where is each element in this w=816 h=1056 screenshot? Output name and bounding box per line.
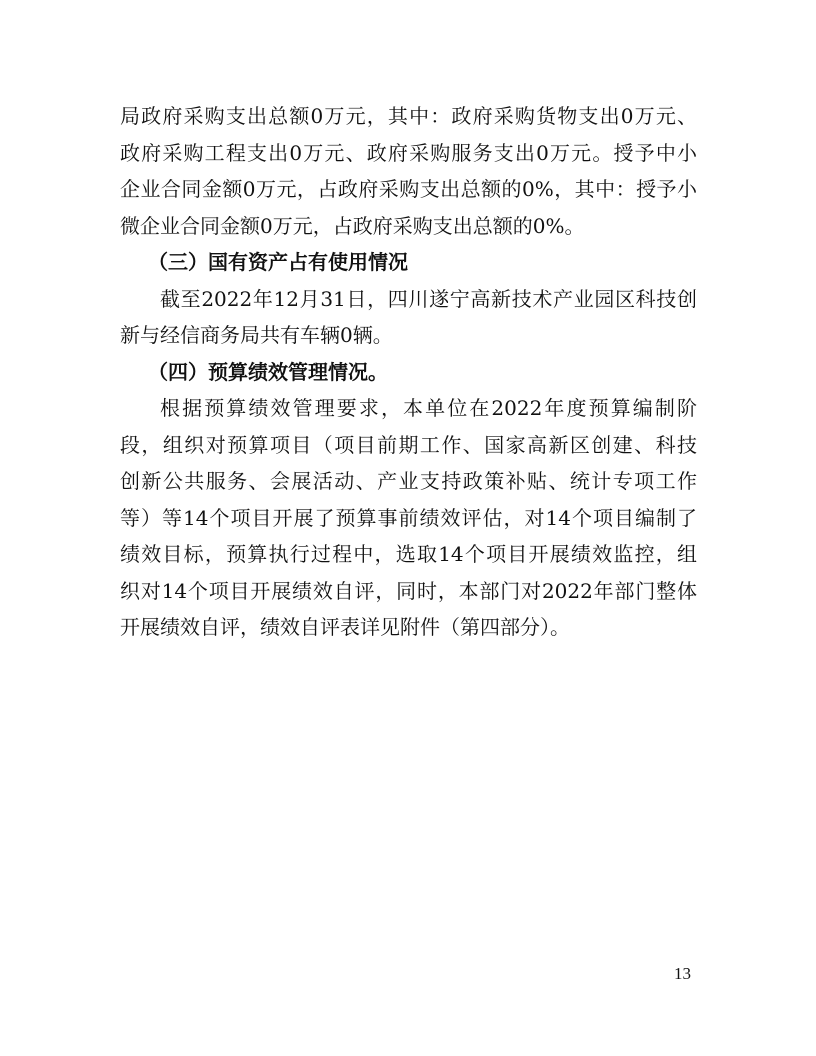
document-page: 局政府采购支出总额0万元，其中：政府采购货物支出0万元、 政府采购工程支出0万元…: [0, 0, 816, 1056]
paragraph-line: 等）等14个项目开展了预算事前绩效评估，对14个项目编制了: [120, 500, 697, 537]
paragraph-line: 创新公共服务、会展活动、产业支持政策补贴、统计专项工作: [120, 463, 697, 500]
paragraph-line: 根据预算绩效管理要求，本单位在2022年度预算编制阶: [120, 390, 697, 427]
section-heading-performance-management: （四）预算绩效管理情况。: [120, 354, 697, 391]
paragraph-line: 绩效目标，预算执行过程中，选取14个项目开展绩效监控，组: [120, 536, 697, 573]
paragraph-line: 段，组织对预算项目（项目前期工作、国家高新区创建、科技: [120, 427, 697, 464]
paragraph-line: 新与经信商务局共有车辆0辆。: [120, 317, 697, 354]
paragraph-line: 企业合同金额0万元，占政府采购支出总额的0%，其中：授予小: [120, 171, 697, 208]
paragraph-line: 局政府采购支出总额0万元，其中：政府采购货物支出0万元、: [120, 98, 697, 135]
paragraph-line: 织对14个项目开展绩效自评，同时，本部门对2022年部门整体: [120, 573, 697, 610]
document-body: 局政府采购支出总额0万元，其中：政府采购货物支出0万元、 政府采购工程支出0万元…: [120, 98, 697, 646]
section-heading-state-assets: （三）国有资产占有使用情况: [120, 244, 697, 281]
paragraph-line: 政府采购工程支出0万元、政府采购服务支出0万元。授予中小: [120, 135, 697, 172]
paragraph-line: 截至2022年12月31日，四川遂宁高新技术产业园区科技创: [120, 281, 697, 318]
page-number: 13: [674, 964, 691, 984]
paragraph-line: 微企业合同金额0万元，占政府采购支出总额的0%。: [120, 208, 697, 245]
paragraph-line: 开展绩效自评，绩效自评表详见附件（第四部分）。: [120, 609, 697, 646]
